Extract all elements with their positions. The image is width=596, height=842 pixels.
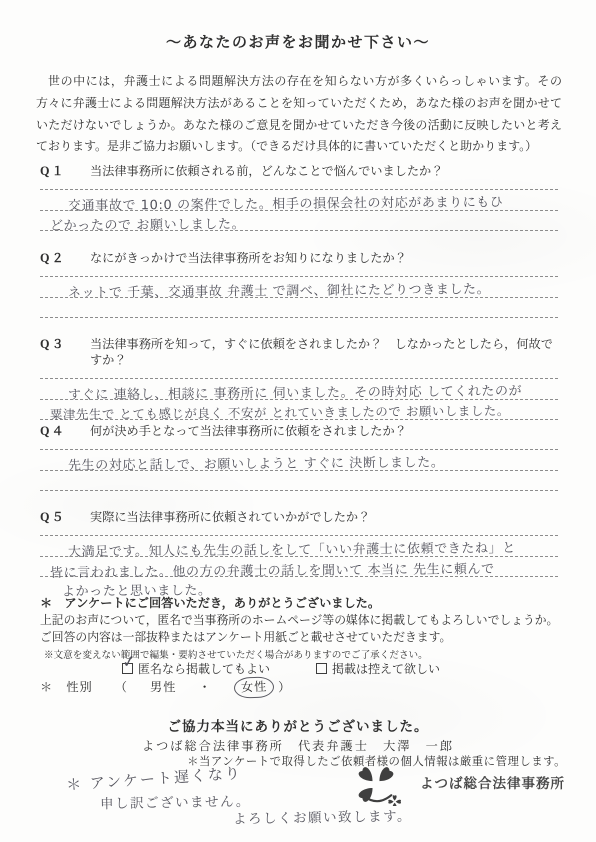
- closing-thanks: ご協力本当にありがとうございました。: [0, 715, 596, 735]
- question-number: Q４: [40, 423, 90, 439]
- answer-lines-area: 大満足です。知人にも先生の話しをして「いい弁護士に依頼できたね」と 皆に言われま…: [40, 535, 558, 595]
- question-number: Q２: [40, 250, 90, 266]
- answer-row: どかったので お願いしました。: [40, 210, 558, 231]
- question-text: 何が決め手となって当法律事務所に依頼をされましたか？: [90, 423, 407, 439]
- page-title: ～あなたのお声をお聞かせ下さい～: [0, 31, 596, 52]
- paren-open: （: [115, 680, 128, 694]
- question-block-q2: Q２ なにがきっかけで当法律事務所をお知りになりましたか？ ネットで 千葉、交通…: [40, 250, 558, 318]
- question-block-q4: Q４ 何が決め手となって当法律事務所に依頼をされましたか？ 先生の対応と話しで、…: [40, 423, 558, 491]
- four-leaf-clover-icon: [350, 760, 402, 806]
- answer-lines-area: すぐに 連絡し、相談に 事務所に 伺いました。その時対応 してくれたのが 粟津先…: [40, 378, 558, 420]
- answer-row: [40, 297, 558, 318]
- handwritten-answer: 粟津先生で とても感じが良く 不安が とれていきましたので お願いしました。: [50, 401, 510, 423]
- checkbox-label: 匿名なら掲載してもよい: [138, 660, 270, 677]
- handwritten-answer: どかったので お願いしました。: [50, 213, 245, 234]
- question-text: 当法律事務所に依頼される前，どんなことで悩んでいましたか？: [90, 163, 443, 179]
- firm-logo-name: よつば総合法律事務所: [420, 772, 565, 792]
- paren-close: ）: [278, 680, 291, 694]
- checkbox-icon: ✓: [122, 663, 133, 674]
- answer-row: 皆に言われました。他の方の弁護士の話しを聞いて 本当に 先生に頼んで: [40, 556, 558, 577]
- answer-lines-area: 先生の対応と話しで、お願いしようと すぐに 決断しました。: [40, 449, 558, 491]
- answer-row: 粟津先生で とても感じが良く 不安が とれていきましたので お願いしました。: [40, 399, 558, 420]
- answer-row: すぐに 連絡し、相談に 事務所に 伺いました。その時対応 してくれたのが: [40, 378, 558, 399]
- intro-paragraph: 世の中には，弁護士による問題解決方法の存在を知らない方が多くいらっしゃいます。そ…: [36, 71, 562, 158]
- gender-separator: ・: [198, 680, 211, 694]
- answer-row: 大満足です。知人にも先生の話しをして「いい弁護士に依頼できたね」と: [40, 535, 558, 556]
- answer-lines-area: ネットで 千葉、交通事故 弁護士 で調べ、御社にたどりつきました。: [40, 276, 558, 318]
- question-number: Q１: [40, 163, 90, 179]
- question-number: Q５: [40, 509, 90, 525]
- gender-option-female-circled: 女性: [233, 676, 274, 698]
- question-text: 当法律事務所を知って，すぐに依頼をされましたか？ しなかったとしたら，何故ですか…: [90, 336, 558, 368]
- question-number: Q３: [40, 336, 90, 368]
- gender-option-male: 男性: [150, 680, 176, 694]
- question-text: なにがきっかけで当法律事務所をお知りになりましたか？: [90, 250, 407, 266]
- firm-representative-line: よつば総合法律事務所 代表弁護士 大澤 一郎: [0, 737, 596, 754]
- answer-overflow-row: よかったと思いました。: [40, 577, 558, 595]
- firm-logo: [350, 760, 402, 806]
- handwritten-note-line2: 申し訳ございません。: [100, 790, 251, 813]
- answer-row: ネットで 千葉、交通事故 弁護士 で調べ、御社にたどりつきました。: [40, 276, 558, 297]
- answer-row: 交通事故で 10:0 の案件でした。相手の損保会社の対応があまりにもひ: [40, 189, 558, 210]
- handwritten-note-line3: よろしくお願い致します。: [233, 804, 412, 827]
- gender-label: ＊ 性別: [40, 680, 93, 694]
- question-text: 実際に当法律事務所に依頼されていかがでしたか？: [90, 509, 370, 525]
- gender-row: ＊ 性別 （ 男性 ・ 女性 ）: [40, 677, 291, 698]
- answer-row: [40, 470, 558, 491]
- survey-thanks-note: ＊ アンケートにご回答いただき，ありがとうございました。: [40, 594, 380, 611]
- handwritten-check-icon: ✓: [121, 651, 138, 673]
- checkbox-anonymous-ok: ✓ 匿名なら掲載してもよい: [122, 660, 270, 677]
- answer-row: 先生の対応と話しで、お願いしようと すぐに 決断しました。: [40, 449, 558, 470]
- question-block-q1: Q１ 当法律事務所に依頼される前，どんなことで悩んでいましたか？ 交通事故で 1…: [40, 163, 558, 231]
- handwritten-answer: 皆に言われました。他の方の弁護士の話しを聞いて 本当に 先生に頼んで: [50, 558, 495, 581]
- publish-choice-row: ✓ 匿名なら掲載してもよい 掲載は控えて欲しい: [122, 660, 440, 677]
- question-block-q3: Q３ 当法律事務所を知って，すぐに依頼をされましたか？ しなかったとしたら，何故…: [40, 336, 558, 420]
- publish-permission-question: 上記のお声について，匿名で当事務所のホームページ等の媒体に掲載してもよろしいでし…: [40, 611, 558, 628]
- question-block-q5: Q５ 実際に当法律事務所に依頼されていかがでしたか？ 大満足です。知人にも先生の…: [40, 509, 558, 595]
- checkbox-icon: [316, 663, 327, 674]
- checkbox-label: 掲載は控えて欲しい: [332, 660, 440, 677]
- survey-document: ～あなたのお声をお聞かせ下さい～ 世の中には，弁護士による問題解決方法の存在を知…: [0, 0, 596, 842]
- answer-lines-area: 交通事故で 10:0 の案件でした。相手の損保会社の対応があまりにもひ どかった…: [40, 189, 558, 231]
- publish-detail: ご回答の内容は一部抜粋またはアンケート用紙ごと載せさせていただきます。: [40, 628, 451, 645]
- publish-caveat: ※文意を変えない範囲で編集・要約させていただく場合がありますのでご了承ください。: [44, 647, 428, 661]
- checkbox-decline-publish: 掲載は控えて欲しい: [316, 660, 440, 677]
